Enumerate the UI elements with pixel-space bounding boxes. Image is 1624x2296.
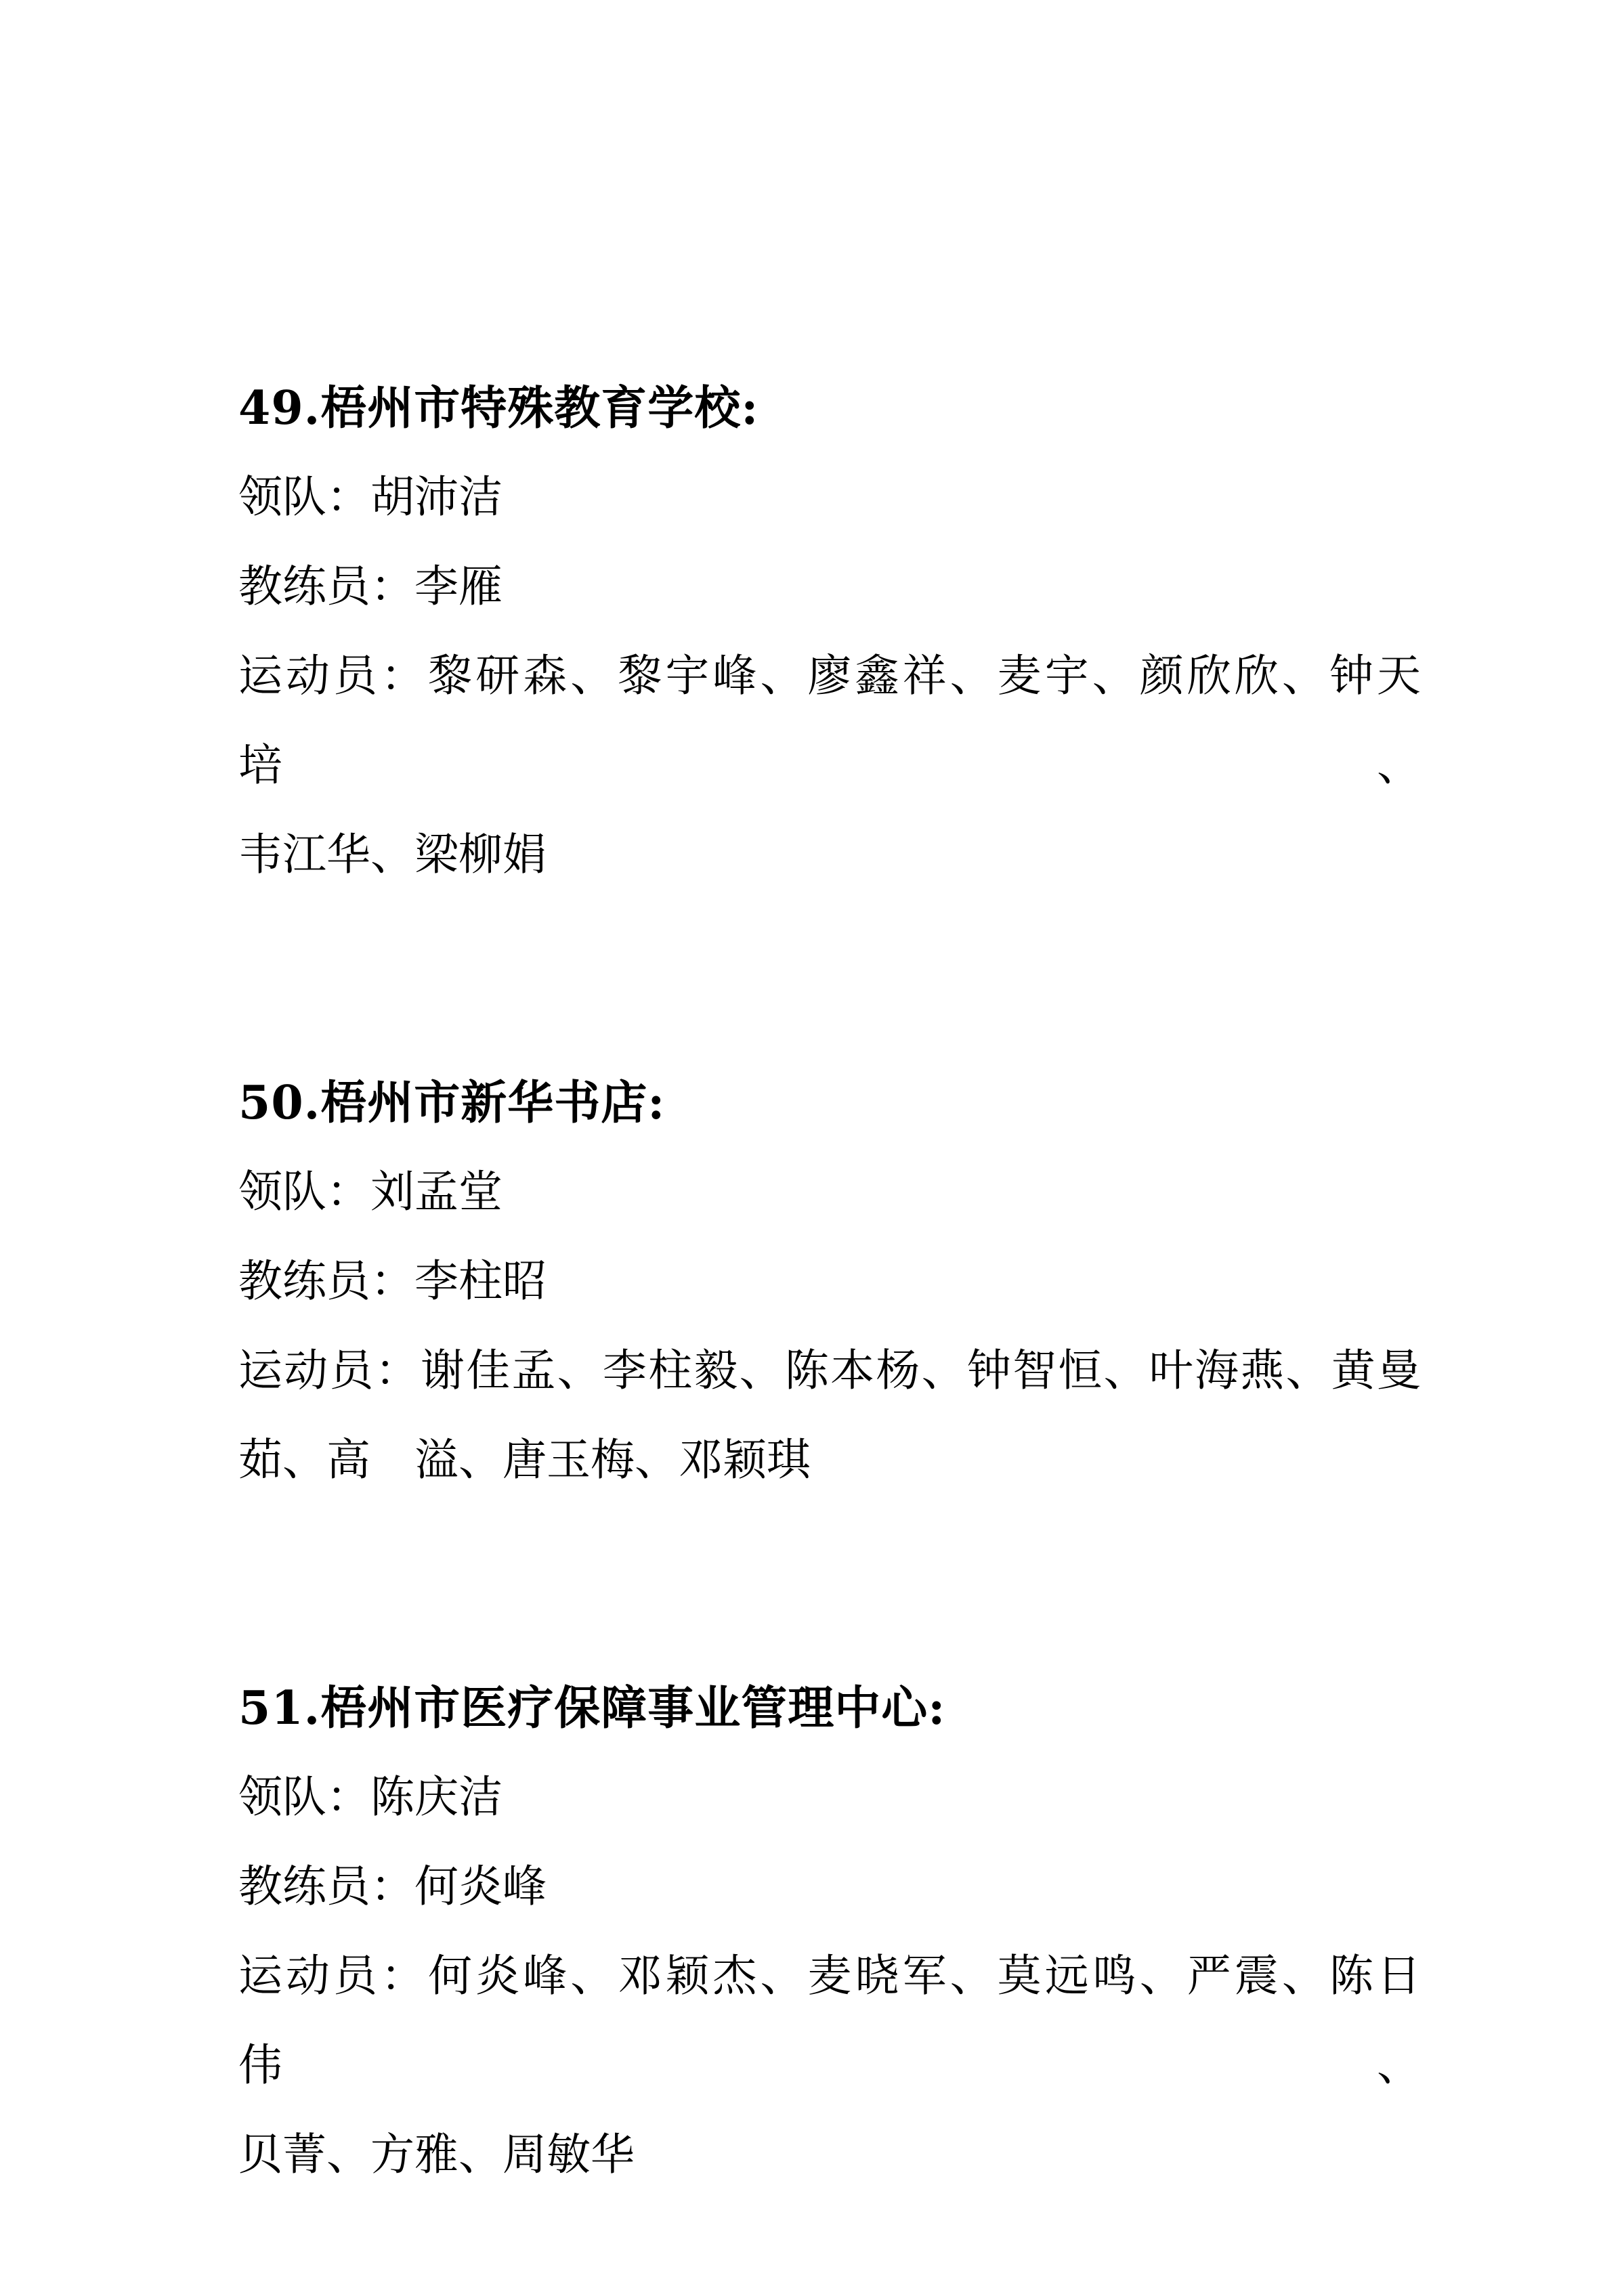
athletes-line-2: 茹、高 溢、唐玉梅、邓颖琪 xyxy=(238,1416,1421,1505)
document-page: 49.梧州市特殊教育学校: 领队：胡沛洁 教练员：李雁 运动员：黎研森、黎宇峰、… xyxy=(0,0,1624,2296)
team-section-50: 50.梧州市新华书店: 领队：刘孟堂 教练员：李柱昭 运动员：谢佳孟、李柱毅、陈… xyxy=(238,1058,1421,1505)
coach-line: 教练员：李雁 xyxy=(238,542,1421,632)
leader-line: 领队：刘孟堂 xyxy=(238,1148,1421,1237)
athletes-line-2: 贝菁、方雅、周敏华 xyxy=(238,2110,1421,2200)
team-heading: 49.梧州市特殊教育学校: xyxy=(238,364,1421,453)
athletes-line-1: 运动员：何炎峰、邓颖杰、麦晓军、莫远鸣、严震、陈日伟、 xyxy=(238,1932,1421,2110)
coach-name: 何炎峰 xyxy=(414,1861,547,1912)
team-section-49: 49.梧州市特殊教育学校: 领队：胡沛洁 教练员：李雁 运动员：黎研森、黎宇峰、… xyxy=(238,364,1421,900)
coach-name: 李柱昭 xyxy=(414,1256,547,1307)
leader-name: 胡沛洁 xyxy=(370,472,503,523)
athletes-line-1: 运动员：黎研森、黎宇峰、廖鑫祥、麦宇、颜欣欣、钟天培、 xyxy=(238,632,1421,810)
athletes-label: 运动员： xyxy=(238,1951,428,2001)
coach-label: 教练员： xyxy=(238,1861,414,1912)
coach-label: 教练员： xyxy=(238,1256,414,1307)
athletes-label: 运动员： xyxy=(238,651,428,701)
coach-line: 教练员：何炎峰 xyxy=(238,1842,1421,1932)
leader-label: 领队： xyxy=(238,1772,370,1823)
team-heading: 51.梧州市医疗保障事业管理中心: xyxy=(238,1664,1421,1753)
leader-line: 领队：陈庆洁 xyxy=(238,1753,1421,1842)
leader-name: 刘孟堂 xyxy=(370,1167,503,1217)
document-content: 49.梧州市特殊教育学校: 领队：胡沛洁 教练员：李雁 运动员：黎研森、黎宇峰、… xyxy=(238,364,1421,2200)
leader-label: 领队： xyxy=(238,472,370,523)
coach-label: 教练员： xyxy=(238,561,414,612)
athletes-line-1: 运动员：谢佳孟、李柱毅、陈本杨、钟智恒、叶海燕、黄曼 xyxy=(238,1326,1421,1416)
coach-name: 李雁 xyxy=(414,561,503,612)
team-section-51: 51.梧州市医疗保障事业管理中心: 领队：陈庆洁 教练员：何炎峰 运动员：何炎峰… xyxy=(238,1664,1421,2200)
leader-name: 陈庆洁 xyxy=(370,1772,503,1823)
athletes-label: 运动员： xyxy=(238,1345,421,1396)
leader-line: 领队：胡沛洁 xyxy=(238,453,1421,542)
athletes-line-2: 韦江华、梁柳娟 xyxy=(238,810,1421,900)
athletes-names: 谢佳孟、李柱毅、陈本杨、钟智恒、叶海燕、黄曼 xyxy=(421,1345,1421,1396)
coach-line: 教练员：李柱昭 xyxy=(238,1237,1421,1326)
leader-label: 领队： xyxy=(238,1167,370,1217)
team-heading: 50.梧州市新华书店: xyxy=(238,1058,1421,1148)
